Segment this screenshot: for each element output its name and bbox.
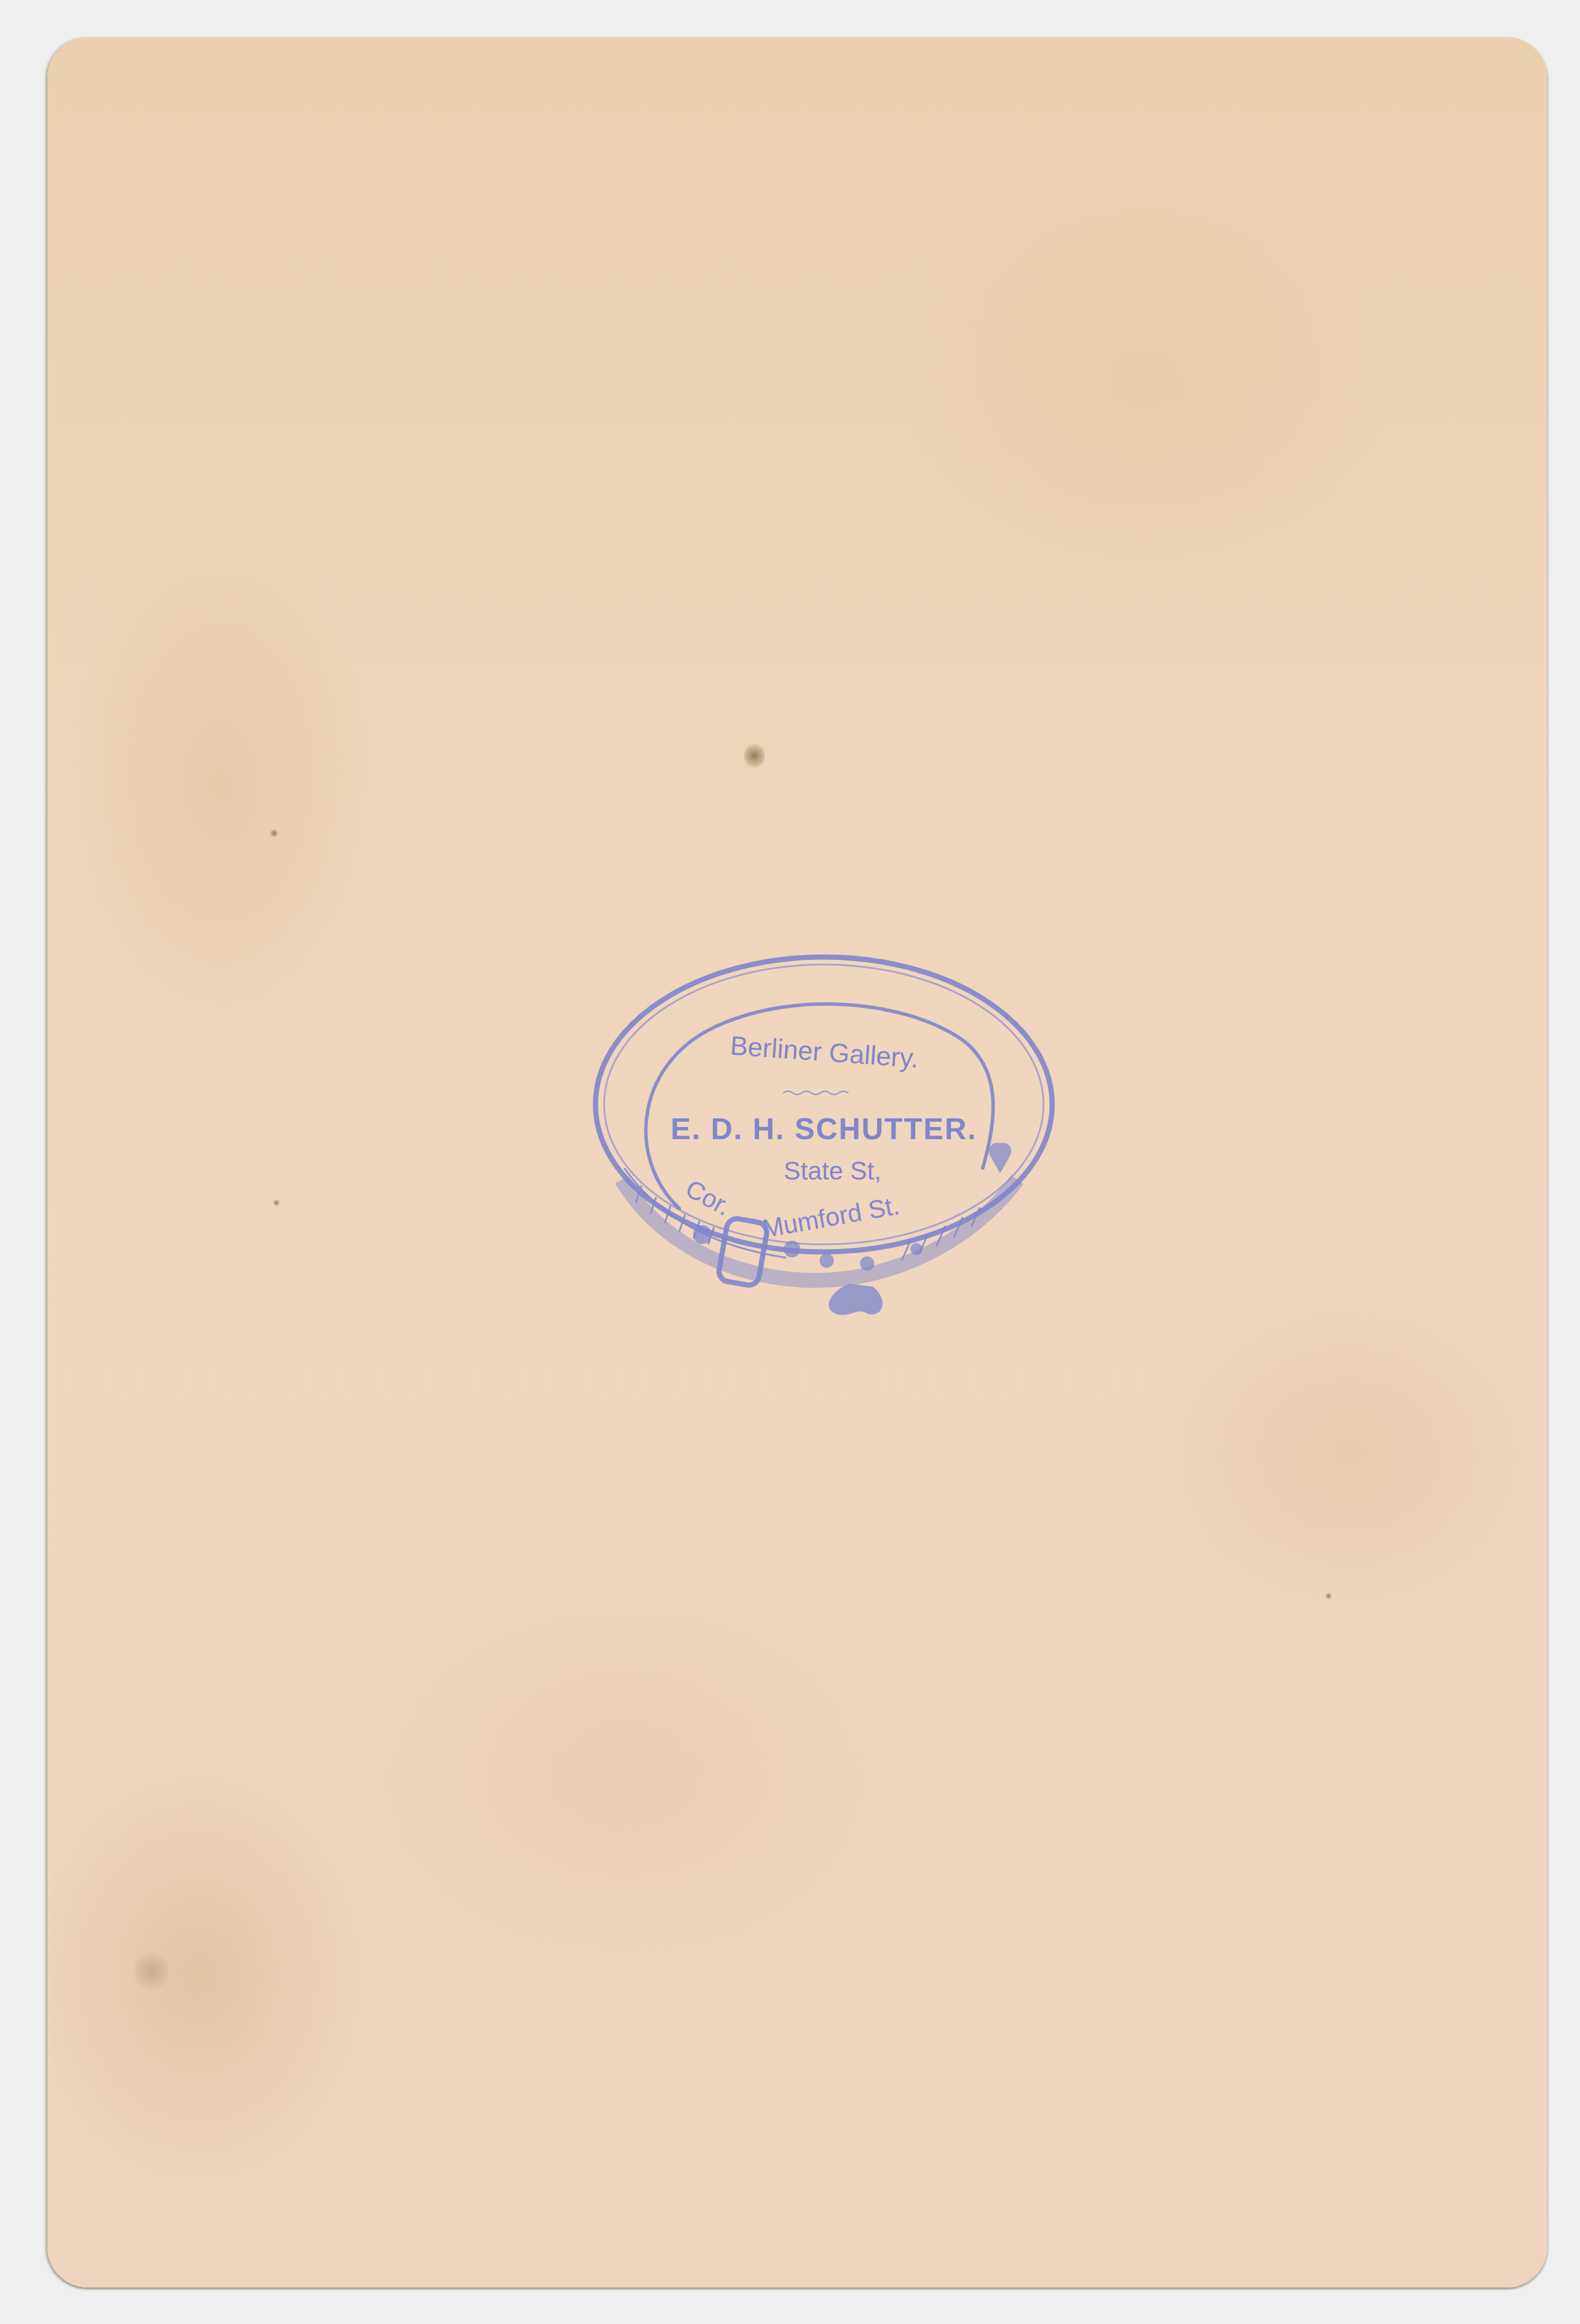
foxing-spot (134, 1951, 169, 1992)
stamp-line-gallery: Berliner Gallery. (730, 1030, 920, 1074)
foxing-spot (1325, 1593, 1332, 1599)
stamp-line-name: E. D. H. SCHUTTER. (671, 1113, 977, 1146)
foxing-spot (273, 1199, 280, 1206)
stamp-line-street: State St, (784, 1157, 882, 1185)
foxing-spot (744, 742, 765, 769)
photographer-stamp: Berliner Gallery. E. D. H. SCHUTTER. Sta… (578, 937, 1064, 1318)
foxing-spot (270, 829, 278, 837)
stamp-line-corner: Mumford St. (760, 1192, 901, 1244)
belt-oval-stamp-icon: Berliner Gallery. E. D. H. SCHUTTER. Sta… (578, 937, 1064, 1318)
